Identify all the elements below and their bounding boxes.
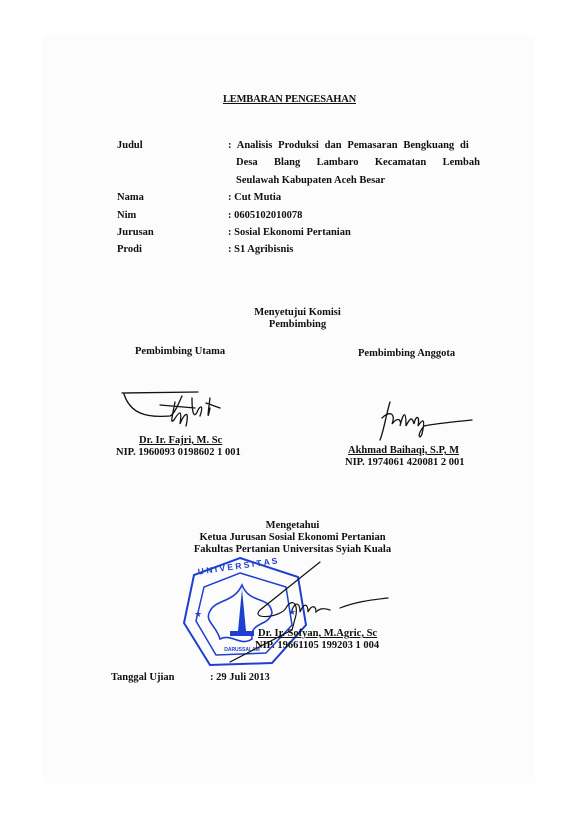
ack-line3: Fakultas Pertanian Universitas Syiah Kua… <box>3 544 579 555</box>
word: Desa <box>236 157 258 168</box>
nip-baihaqi: NIP. 1974061 420081 2 001 <box>345 457 465 468</box>
word: Lembah <box>443 157 480 168</box>
value-prodi: : S1 Agribisnis <box>228 244 293 255</box>
label-nama: Nama <box>117 192 144 203</box>
word: Kecamatan <box>375 157 426 168</box>
label-nim: Nim <box>117 210 136 221</box>
word: Lambaro <box>317 157 359 168</box>
ack-line1: Mengetahui <box>3 520 579 531</box>
label-prodi: Prodi <box>117 244 142 255</box>
name-sofyan: Dr. Ir. Sofyan, M.Agric, Sc <box>258 628 377 639</box>
signature-baihaqi-icon <box>372 400 482 445</box>
value-judul-line1: : Analisis Produksi dan Pemasaran Bengku… <box>228 140 469 151</box>
role-pembimbing-utama: Pembimbing Utama <box>135 346 225 357</box>
value-judul-line2: Desa Blang Lambaro Kecamatan Lembah <box>236 157 480 168</box>
value-tanggal-ujian: : 29 Juli 2013 <box>210 672 270 683</box>
word: Blang <box>274 157 300 168</box>
value-nim: : 0605102010078 <box>228 210 302 221</box>
signature-fajri-icon <box>120 388 230 433</box>
value-nama: : Cut Mutia <box>228 192 281 203</box>
value-judul-line3: Seulawah Kabupaten Aceh Besar <box>236 175 385 186</box>
label-tanggal-ujian: Tanggal Ujian <box>111 672 175 683</box>
approval-heading-line2: Pembimbing <box>8 319 579 330</box>
approval-heading-line1: Menyetujui Komisi <box>8 307 579 318</box>
page-title: LEMBARAN PENGESAHAN <box>0 94 579 105</box>
name-fajri: Dr. Ir. Fajri, M. Sc <box>139 435 222 446</box>
label-jurusan: Jurusan <box>117 227 154 238</box>
nip-fajri: NIP. 1960093 0198602 1 001 <box>116 447 241 458</box>
ack-line2: Ketua Jurusan Sosial Ekonomi Pertanian <box>3 532 579 543</box>
svg-text:★: ★ <box>194 609 202 619</box>
value-jurusan: : Sosial Ekonomi Pertanian <box>228 227 351 238</box>
nip-sofyan: NIP. 19661105 199203 1 004 <box>255 640 379 651</box>
role-pembimbing-anggota: Pembimbing Anggota <box>358 348 455 359</box>
label-judul: Judul <box>117 140 143 151</box>
name-baihaqi: Akhmad Baihaqi, S.P, M <box>348 445 459 456</box>
